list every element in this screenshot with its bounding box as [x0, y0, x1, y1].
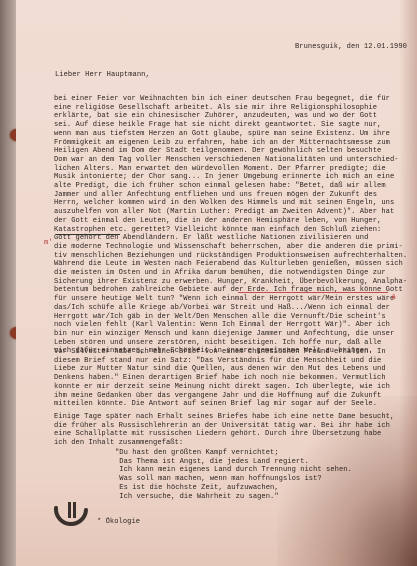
ecology-logo-icon: [52, 498, 92, 532]
poem-quote: "Du hast den größten Kampf vernichtet; D…: [115, 449, 352, 501]
red-correction-line: [238, 292, 388, 293]
handwritten-underline: [56, 234, 120, 235]
binder-edge: [0, 0, 16, 566]
margin-annotation: m': [44, 239, 52, 247]
paragraph-3: Einige Tage später nach Erhalt seines Br…: [54, 413, 394, 448]
place-date: Brunesguik, den 12.01.1990: [295, 43, 407, 52]
paragraph-1: bei einer Feier vor Weihnachten bin ich …: [54, 95, 407, 356]
red-margin-annotation: ñ: [392, 294, 396, 301]
paragraph-2: Vor Silvester habe ich einen Brief von e…: [54, 348, 390, 409]
salutation: Lieber Herr Hauptmann,: [55, 71, 150, 80]
footer-note: * Ökologie: [97, 518, 140, 527]
